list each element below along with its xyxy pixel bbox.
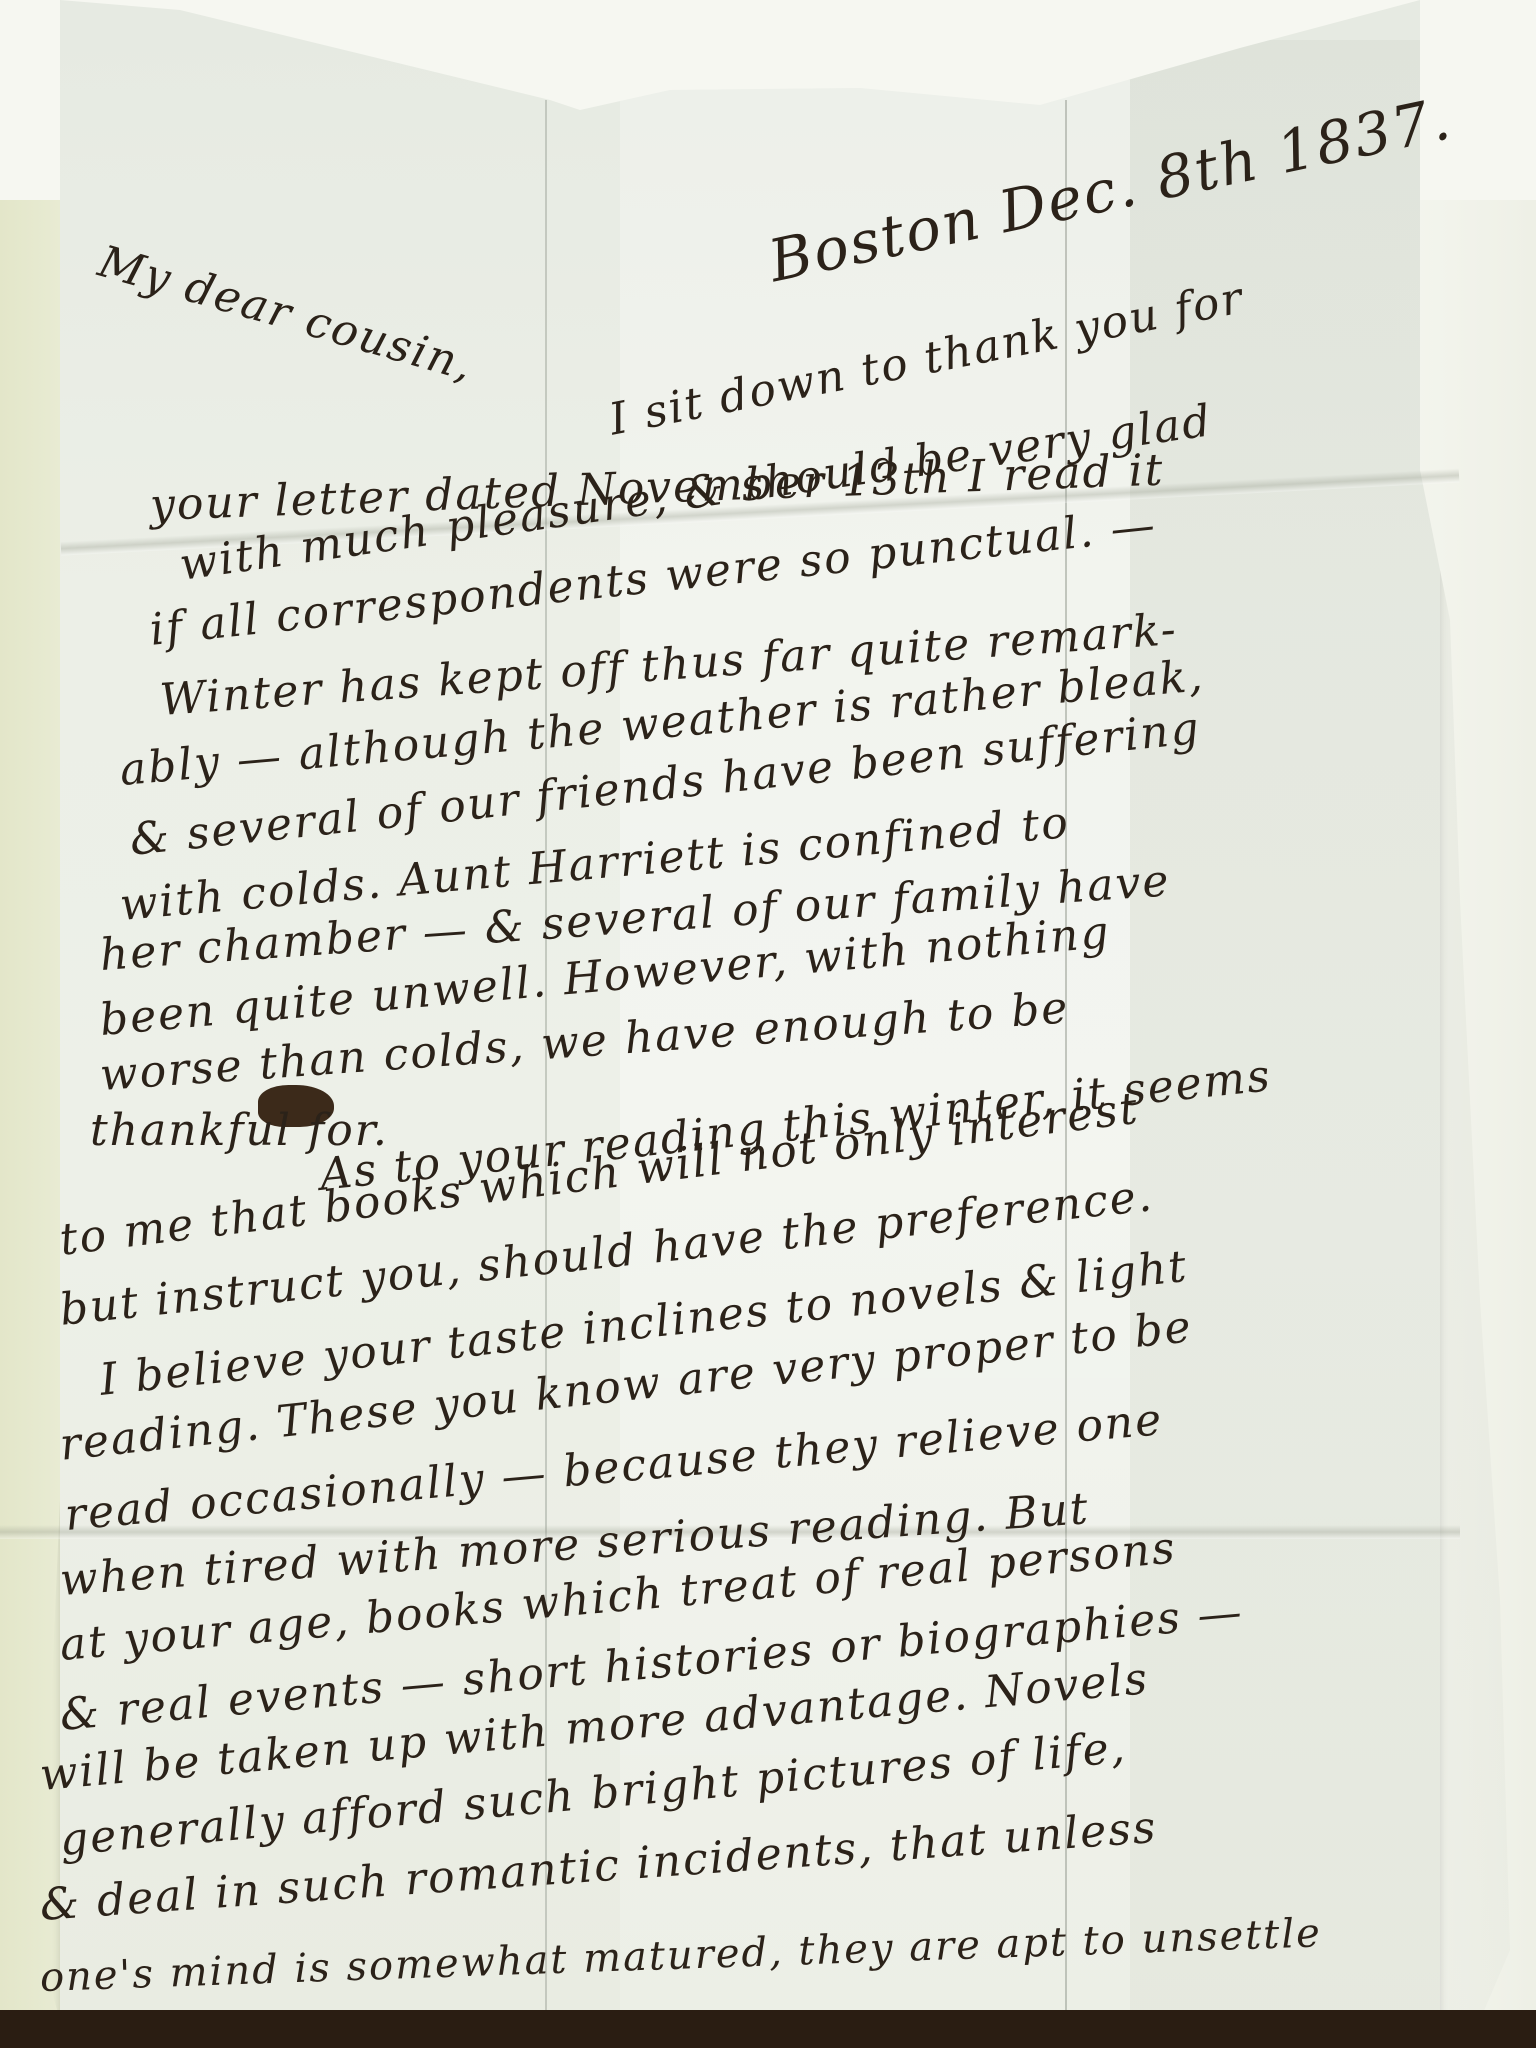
bottom-shadow	[0, 2010, 1536, 2048]
